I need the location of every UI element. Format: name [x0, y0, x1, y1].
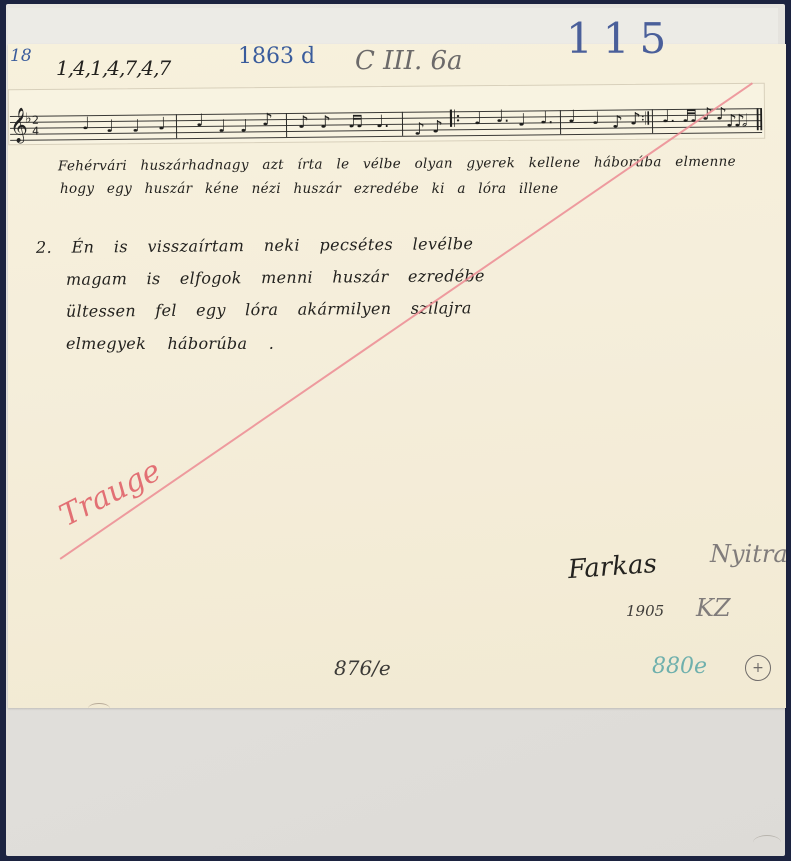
note: ♬	[348, 114, 363, 131]
lyric-verse1-line2: hogy egy huszár kéne nézi huszár ezredéb…	[60, 181, 558, 197]
place-name: Nyitra	[710, 540, 788, 568]
note: ♪	[414, 122, 425, 139]
corner-mark: 18	[10, 46, 32, 66]
note: ♩	[196, 113, 204, 130]
note: ♩	[158, 116, 166, 133]
year: 1905	[626, 602, 664, 620]
note: ♩	[132, 119, 140, 136]
note: ♩	[106, 119, 114, 136]
note: ♩	[218, 119, 226, 136]
note: ♩.	[496, 109, 510, 126]
flat-icon: ♭	[25, 112, 32, 126]
punch-hole-mark	[88, 703, 110, 714]
time-signature: 2 4	[32, 115, 39, 137]
archive-number-2: 880e	[652, 654, 707, 679]
note: ♩.	[662, 109, 676, 126]
note: ♬	[682, 109, 697, 126]
page-number: 115	[566, 14, 676, 63]
note: ♪	[612, 115, 623, 132]
corner-fold	[753, 835, 781, 850]
note: ♩	[240, 118, 248, 135]
circled-plus-icon: +	[745, 655, 771, 681]
classification: C III. 6a	[355, 46, 463, 76]
lyric-verse2-line2: magam is elfogok menni huszár ezredébe	[66, 266, 485, 289]
note: 𝅗𝅥	[742, 113, 748, 130]
note: ♪	[298, 115, 309, 132]
blue-number: 1863 d	[238, 44, 315, 69]
note: ♩	[568, 109, 576, 126]
lyric-verse2-line4: elmegyek háborúba .	[66, 334, 274, 353]
note: ♪	[432, 119, 443, 136]
collector-name: Farkas	[567, 549, 658, 585]
note: ♩	[474, 111, 482, 128]
note: ♩	[592, 111, 600, 128]
repeat-start-icon: 𝄆	[450, 109, 461, 131]
initials: KZ	[696, 594, 731, 622]
note: ♩.	[376, 114, 390, 131]
archive-number-1: 876/e	[334, 656, 391, 680]
lyric-verse2-line1: 2. Én is visszaírtam neki pecsétes levél…	[36, 234, 473, 257]
note: ♩	[82, 116, 90, 133]
catalog-number: 1,4,1,4,7,4,7	[56, 56, 170, 80]
note: ♩.	[540, 110, 554, 127]
note: ♪	[262, 112, 273, 129]
final-barline: ‖	[754, 108, 765, 130]
note: ♪	[320, 115, 331, 132]
note-repeat-end: ♪𝄇	[630, 111, 649, 128]
note: ♩	[518, 113, 526, 130]
